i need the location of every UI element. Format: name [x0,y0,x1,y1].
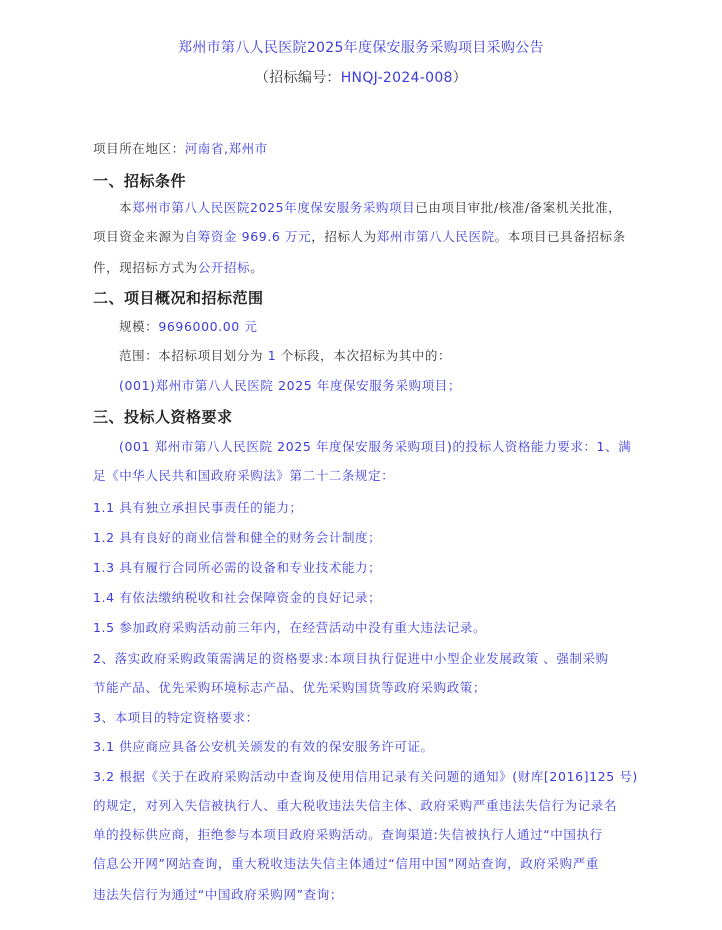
section-heading-2: 二、项目概况和招标范围 [93,287,264,309]
section-heading-1: 一、招标条件 [93,170,186,192]
tender-method: 公开招标 [198,260,250,275]
text: 本 [119,200,132,215]
tender-number-close: ） [453,70,467,86]
section1-paragraph-line1: 本郑州市第八人民医院2025年度保安服务采购项目已由项目审批/核准/备案机关批准… [119,198,659,218]
text: 个标段，本次招标为其中的： [276,348,451,363]
requirement-item: 1.3 具有履行合同所必需的设备和专业技术能力； [93,558,633,578]
special-requirement-3-2-line: 违法失信行为通过“中国政府采购网”查询； [93,885,633,905]
region-value: 河南省,郑州市 [185,141,268,156]
special-requirement-3-2-line: 3.2 根据《关于在政府采购活动中查询及使用信用记录有关问题的通知》(财库[20… [93,767,633,787]
requirement-item: 1.5 参加政府采购活动前三年内，在经营活动中没有重大违法记录。 [93,618,633,638]
scale-label: 规模： [119,319,158,334]
section1-paragraph-line3: 件，现招标方式为公开招标。 [93,258,633,278]
tender-number: （招标编号：HNQJ-2024-008） [0,68,722,88]
qualification-intro-line1: (001 郑州市第八人民医院 2025 年度保安服务采购项目)的投标人资格能力要… [119,437,659,457]
tender-number-value: HNQJ-2024-008 [341,70,453,86]
special-requirement-3-2-line: 的规定，对列入失信被执行人、重大税收违法失信主体、政府采购严重违法失信行为记录名 [93,796,633,816]
document-title: 郑州市第八人民医院2025年度保安服务采购项目采购公告 [0,38,722,58]
requirement-item: 1.2 具有良好的商业信誉和健全的财务会计制度； [93,528,633,548]
text: 。本项目已具备招标条 [495,229,626,244]
tenderer-name: 郑州市第八人民医院 [377,229,495,244]
special-requirements-heading: 3、本项目的特定资格要求： [93,708,633,728]
project-name-link: 郑州市第八人民医院2025年度保安服务采购项目 [132,200,415,215]
section1-paragraph-line2: 项目资金来源为自筹资金 969.6 万元，招标人为郑州市第八人民医院。本项目已具… [93,227,633,247]
text: ，招标人为 [311,229,377,244]
policy-requirement-line2: 节能产品、优先采购环境标志产品、优先采购国货等政府采购政策； [93,678,633,698]
text: 已由项目审批/核准/备案机关批准， [415,200,621,215]
lot-count: 1 [268,348,277,363]
text: 范围：本招标项目划分为 [119,348,268,363]
project-region: 项目所在地区：河南省,郑州市 [93,139,633,159]
scale-value: 9696000.00 元 [158,319,257,334]
requirement-item: 1.1 具有独立承担民事责任的能力； [93,498,633,518]
special-requirement-3-1: 3.1 供应商应具备公安机关颁发的有效的保安服务许可证。 [93,737,633,757]
lot-item: (001)郑州市第八人民医院 2025 年度保安服务采购项目； [119,376,659,396]
policy-requirement-line1: 2、落实政府采购政策需满足的资格要求:本项目执行促进中小型企业发展政策 、强制采… [93,649,633,669]
text: 。 [250,260,263,275]
text: 件，现招标方式为 [93,260,198,275]
region-label: 项目所在地区： [93,141,185,156]
section-heading-3: 三、投标人资格要求 [93,406,233,428]
requirement-item: 1.4 有依法缴纳税收和社会保障资金的良好记录； [93,588,633,608]
project-scale: 规模：9696000.00 元 [119,317,659,337]
funding-source: 自筹资金 969.6 万元 [185,229,312,244]
special-requirement-3-2-line: 单的投标供应商，拒绝参与本项目政府采购活动。查询渠道:失信被执行人通过“中国执行 [93,825,633,845]
special-requirement-3-2-line: 信息公开网”网站查询，重大税收违法失信主体通过“信用中国”网站查询，政府采购严重 [93,854,633,874]
project-scope: 范围：本招标项目划分为 1 个标段，本次招标为其中的： [119,346,659,366]
qualification-intro-line2: 足《中华人民共和国政府采购法》第二十二条规定： [93,466,633,486]
text: 项目资金来源为 [93,229,185,244]
tender-number-label: （招标编号： [255,70,341,86]
